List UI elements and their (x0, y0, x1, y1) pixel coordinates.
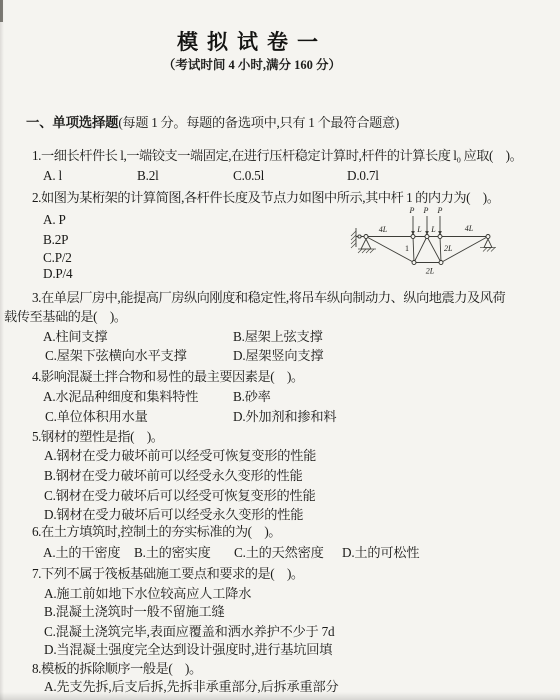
force-label-2: P (423, 206, 429, 215)
q1-stem: 1.一细长杆件长 l,一端铰支一端固定,在进行压杆稳定计算时,杆件的计算长度 l… (32, 147, 522, 165)
q3-option-b: B.屋架上弦支撑 (233, 328, 323, 346)
q4-stem: 4.影响混凝土拌合物和易性的最主要因素是( )。 (32, 368, 304, 386)
q7-option-c: C.混凝土浇筑完毕,表面应覆盖和洒水养护不少于 7d (44, 623, 334, 641)
exam-paper-page: 模拟试卷一 （考试时间 4 小时,满分 160 分） 一、单项选择题(每题 1 … (0, 0, 560, 700)
force-label-3: P (437, 206, 443, 215)
exam-info: （考试时间 4 小时,满分 160 分） (163, 55, 341, 73)
member-1-label: 1 (405, 244, 409, 253)
q5-stem: 5.钢材的塑性是指( )。 (32, 428, 164, 446)
member-right-label: 2L (444, 244, 453, 253)
section-heading: 一、单项选择题 (26, 115, 118, 130)
q6-option-c: C.土的天然密度 (234, 544, 324, 562)
section-note: (每题 1 分。每题的备选项中,只有 1 个最符合题意) (118, 115, 399, 130)
page-title: 模拟试卷一 (177, 26, 327, 56)
force-label-1: P (409, 206, 415, 215)
q4-option-d: D.外加剂和掺和料 (233, 408, 336, 426)
q5-option-c: C.钢材在受力破坏后可以经受可恢复变形的性能 (44, 487, 315, 505)
q7-stem: 7.下列不属于筏板基础施工要点和要求的是( )。 (32, 565, 304, 583)
q3-stem-line2: 载传至基础的是( )。 (4, 308, 127, 326)
scan-edge-artifact (0, 0, 3, 22)
q4-option-c: C.单位体积用水量 (45, 408, 148, 426)
q3-option-d: D.屋架竖向支撑 (233, 347, 323, 365)
q1-option-c: C.0.5l (233, 167, 264, 185)
q7-option-b: B.混凝土浇筑时一般不留施工缝 (44, 603, 225, 621)
segment-label-4: 4L (465, 224, 474, 233)
q7-option-d: D.当混凝土强度完全达到设计强度时,进行基坑回填 (44, 641, 332, 659)
q3-stem-line1: 3.在单层厂房中,能提高厂房纵向刚度和稳定性,将吊车纵向制动力、纵向地震力及风荷 (32, 289, 505, 307)
q5-option-b: B.钢材在受力破坏前可以经受永久变形的性能 (44, 467, 302, 485)
truss-figure: P P P 4L L L 4L 1 2L 2L (338, 203, 508, 283)
q5-option-d: D.钢材在受力破坏后可以经受永久变形的性能 (44, 506, 303, 524)
q3-option-c: C.屋架下弦横向水平支撑 (45, 347, 187, 365)
q4-option-a: A.水泥品种细度和集料特性 (43, 388, 198, 406)
bottom-chord-label: 2L (426, 267, 435, 276)
q6-option-a: A.土的干密度 (43, 544, 120, 562)
q4-option-b: B.砂率 (233, 388, 271, 406)
q1-option-b: B.2l (137, 167, 159, 185)
q1-option-a: A. l (43, 167, 62, 185)
q3-option-a: A.柱间支撑 (43, 328, 107, 346)
q7-option-a: A.施工前如地下水位较高应人工降水 (44, 585, 251, 603)
section-header: 一、单项选择题(每题 1 分。每题的备选项中,只有 1 个最符合题意) (26, 112, 399, 131)
q2-option-d: D.P/4 (43, 265, 72, 283)
q5-option-a: A.钢材在受力破坏前可以经受可恢复变形的性能 (44, 447, 316, 465)
q6-option-b: B.土的密实度 (134, 544, 211, 562)
segment-label-1: 4L (379, 225, 388, 234)
segment-label-2: L (416, 225, 422, 234)
segment-label-3: L (430, 225, 436, 234)
q2-option-b: B.2P (43, 231, 68, 249)
q2-option-a: A. P (43, 211, 66, 229)
q8-option-a: A.先支先拆,后支后拆,先拆非承重部分,后拆承重部分 (44, 678, 338, 696)
q6-stem: 6.在土方填筑时,控制土的夯实标准的为( )。 (32, 523, 281, 541)
q8-stem: 8.模板的拆除顺序一般是( )。 (32, 660, 202, 678)
q6-option-d: D.土的可松性 (342, 544, 419, 562)
q1-option-d: D.0.7l (347, 167, 379, 185)
